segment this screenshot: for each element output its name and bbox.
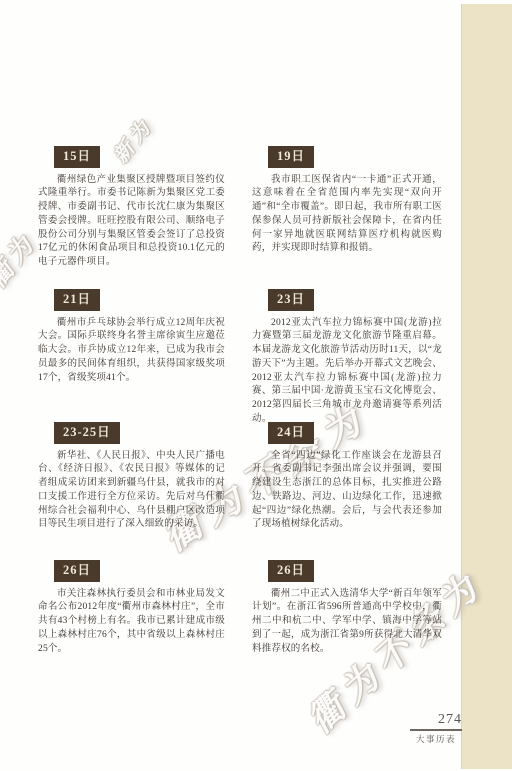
date-badge: 26日 [268,560,314,582]
date-label: 15日 [63,149,91,163]
date-badge: 26日 [54,560,100,582]
footer-label: 大事历表 [410,731,462,745]
entry-19: 19日 我市职工医保省内“一卡通”正式开通，这意味着在全省范围内率先实现“双向开… [252,146,442,256]
entry-21: 21日 衢州市乒乓球协会举行成立12周年庆祝大会。国际乒联终身名誉主席徐寅生应邀… [38,289,225,385]
date-badge: 23-25日 [54,422,120,444]
entry-text: 全省“四边”绿化工作座谈会在龙游县召开。省委副书记李强出席会议并强调，要围绕建设… [252,450,442,533]
entry-text: 衢州市乒乓球协会举行成立12周年庆祝大会。国际乒联终身名誉主席徐寅生应邀莅临大会… [38,317,225,386]
entry-text: 衢州二中正式入选清华大学“新百年领军计划”。在浙江省596所普通高中学校中，衢州… [252,588,442,657]
entry-text: 2012亚太汽车拉力锦标赛中国(龙游)拉力赛暨第三届龙游龙文化旅游节隆重启幕。本… [252,317,442,427]
entry-text: 新华社、《人民日报》、中央人民广播电台、《经济日报》、《农民日报》等媒体的记者组… [38,450,225,533]
date-badge: 15日 [54,146,100,168]
date-badge: 24日 [268,422,314,444]
date-label: 23-25日 [63,425,111,439]
entry-text: 衢州绿色产业集聚区授牌暨项目签约仪式隆重举行。市委书记陈新为集聚区党工委授牌、市… [38,174,225,271]
entry-23-25: 23-25日 新华社、《人民日报》、中央人民广播电台、《经济日报》、《农民日报》… [38,422,225,532]
page-number: 274 [410,712,462,731]
date-badge: 23日 [268,289,314,311]
date-badge: 19日 [268,146,314,168]
date-label: 19日 [277,149,305,163]
date-label: 26日 [277,563,305,577]
entry-26-right: 26日 衢州二中正式入选清华大学“新百年领军计划”。在浙江省596所普通高中学校… [252,560,442,656]
entry-23: 23日 2012亚太汽车拉力锦标赛中国(龙游)拉力赛暨第三届龙游龙文化旅游节隆重… [252,289,442,427]
page-edge-strip [461,4,512,769]
date-label: 21日 [63,292,91,306]
date-label: 23日 [277,292,305,306]
date-label: 24日 [277,425,305,439]
date-label: 26日 [63,563,91,577]
entry-text: 我市职工医保省内“一卡通”正式开通，这意味着在全省范围内率先实现“双向开通”和“… [252,174,442,257]
entry-15: 15日 衢州绿色产业集聚区授牌暨项目签约仪式隆重举行。市委书记陈新为集聚区党工委… [38,146,225,270]
watermark-scribble: 衢为 [0,225,43,294]
book-page: 新为 衢为 衢为不条为 衢为不条为 15日 衢州绿色产业集聚区授牌暨项目签约仪式… [0,0,512,771]
page-footer: 274 大事历表 [410,712,462,745]
date-badge: 21日 [54,289,100,311]
entry-24: 24日 全省“四边”绿化工作座谈会在龙游县召开。省委副书记李强出席会议并强调，要… [252,422,442,532]
entry-text: 市关注森林执行委员会和市林业局发文命名公布2012年度“衢州市森林村庄”，全市共… [38,588,225,657]
entry-26-left: 26日 市关注森林执行委员会和市林业局发文命名公布2012年度“衢州市森林村庄”… [38,560,225,656]
